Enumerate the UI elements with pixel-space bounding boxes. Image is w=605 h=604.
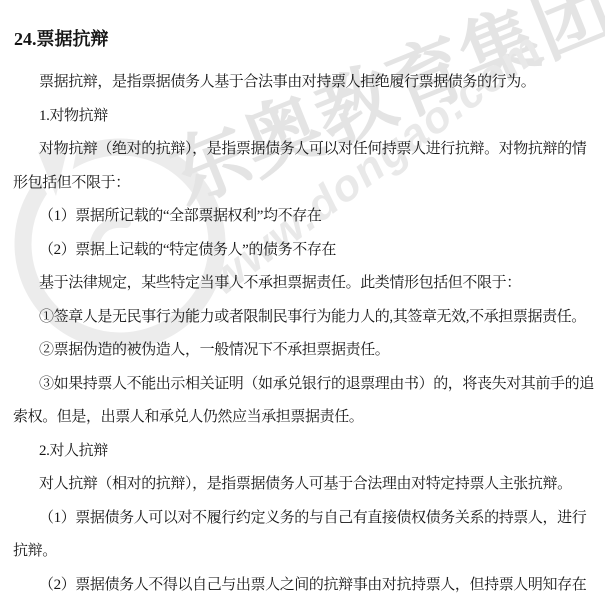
paragraph-line: 对人抗辩（相对的抗辩），是指票据债务人可基于合法理由对特定持票人主张抗辩。 [13,468,605,502]
paragraph-line: （2）票据债务人不得以自己与出票人之间的抗辩事由对抗持票人，但持票人明知存在 [13,569,605,603]
body-text: 票据抗辩，是指票据债务人基于合法事由对持票人拒绝履行票据债务的行为。 1.对物抗… [13,66,605,602]
paragraph-line: 票据抗辩，是指票据债务人基于合法事由对持票人拒绝履行票据债务的行为。 [13,66,605,100]
paragraph-line: 形包括但不限于： [13,167,605,201]
paragraph-line: 基于法律规定，某些特定当事人不承担票据责任。此类情形包括但不限于： [13,267,605,301]
paragraph-line: 对物抗辩（绝对的抗辩），是指票据债务人可以对任何持票人进行抗辩。对物抗辩的情 [13,133,605,167]
section-heading: 24.票据抗辩 [14,27,109,51]
paragraph-line: 1.对物抗辩 [13,100,605,134]
paragraph-line: 索权。但是，出票人和承兑人仍然应当承担票据责任。 [13,401,605,435]
paragraph-line: ①签章人是无民事行为能力或者限制民事行为能力人的,其签章无效,不承担票据责任。 [13,301,605,335]
paragraph-line: 2.对人抗辩 [13,435,605,469]
document-content: 24.票据抗辩 票据抗辩，是指票据债务人基于合法事由对持票人拒绝履行票据债务的行… [0,0,605,604]
paragraph-line: （1）票据所记载的“全部票据权利”均不存在 [13,200,605,234]
paragraph-line: （2）票据上记载的“特定债务人”的债务不存在 [13,234,605,268]
paragraph-line: （1）票据债务人可以对不履行约定义务的与自己有直接债权债务关系的持票人，进行 [13,502,605,536]
paragraph-line: ②票据伪造的被伪造人，一般情况下不承担票据责任。 [13,334,605,368]
document-page: 东奥教育集团 www.dongao.com 24.票据抗辩 票据抗辩，是指票据债… [0,0,605,604]
paragraph-line: ③如果持票人不能出示相关证明（如承兑银行的退票理由书）的，将丧失对其前手的追 [13,368,605,402]
paragraph-line: 抗辩。 [13,535,605,569]
